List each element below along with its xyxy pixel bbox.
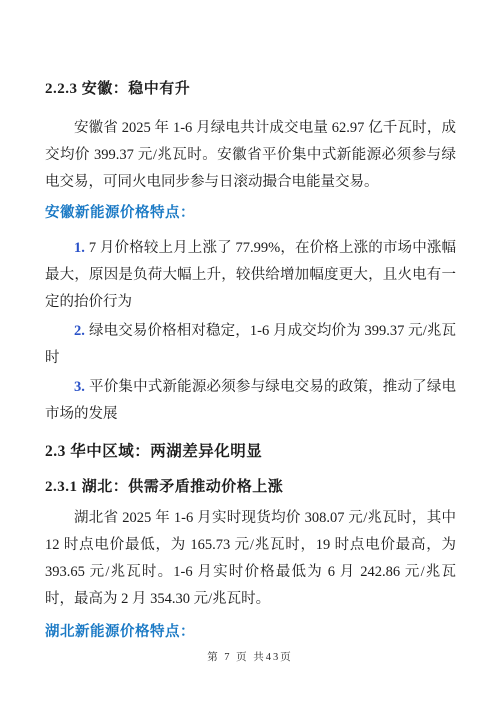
list-number: 3. xyxy=(74,379,85,395)
anhui-features-heading: 安徽新能源价格特点： xyxy=(45,204,456,223)
hubei-paragraph: 湖北省 2025 年 1-6 月实时现货均价 308.07 元/兆瓦时，其中 1… xyxy=(45,505,456,613)
anhui-feature-item-2: 2.绿电交易价格相对稳定，1-6 月成交均价为 399.37 元/兆瓦时 xyxy=(45,318,456,372)
list-item-text: 绿电交易价格相对稳定，1-6 月成交均价为 399.37 元/兆瓦时 xyxy=(45,323,456,366)
document-page: 2.2.3 安徽：稳中有升 安徽省 2025 年 1-6 月绿电共计成交电量 6… xyxy=(0,0,500,707)
section-heading-hubei: 2.3.1 湖北：供需矛盾推动价格上涨 xyxy=(45,478,456,497)
anhui-paragraph: 安徽省 2025 年 1-6 月绿电共计成交电量 62.97 亿千瓦时，成交均价… xyxy=(45,115,456,196)
section-heading-huazhong: 2.3 华中区域：两湖差异化明显 xyxy=(45,442,456,462)
list-item-text: 7 月价格较上月上涨了 77.99%，在价格上涨的市场中涨幅最大，原因是负荷大幅… xyxy=(45,240,456,310)
anhui-feature-item-1: 1.7 月价格较上月上涨了 77.99%，在价格上涨的市场中涨幅最大，原因是负荷… xyxy=(45,235,456,316)
page-number-indicator: 第 7 页 共43页 xyxy=(0,651,500,665)
anhui-feature-item-3: 3.平价集中式新能源必须参与绿电交易的政策，推动了绿电市场的发展 xyxy=(45,374,456,428)
list-item-text: 平价集中式新能源必须参与绿电交易的政策，推动了绿电市场的发展 xyxy=(45,379,456,422)
list-number: 1. xyxy=(74,240,85,256)
list-number: 2. xyxy=(74,323,85,339)
hubei-features-heading: 湖北新能源价格特点： xyxy=(45,623,456,642)
section-heading-anhui: 2.2.3 安徽：稳中有升 xyxy=(45,80,456,99)
